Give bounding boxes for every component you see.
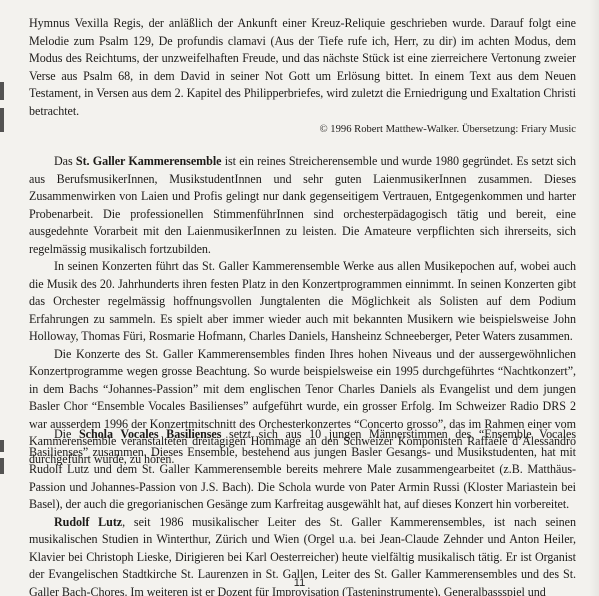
scan-edge-mark <box>0 108 4 132</box>
page-number: 11 <box>0 577 599 589</box>
scan-edge-mark <box>0 440 4 452</box>
page-gutter-shadow <box>589 0 599 596</box>
schola-paragraph-1: Die Schola Vocales Basilienses setzt sic… <box>29 426 576 514</box>
text-body: ist ein reines Streicherensemble und wur… <box>29 154 576 256</box>
intro-section: Hymnus Vexilla Regis, der anläßlich der … <box>29 15 576 137</box>
scan-edge-mark <box>0 82 4 100</box>
ensemble-paragraph-2: In seinen Konzerten führt das St. Galler… <box>29 258 576 346</box>
text-lead: Das <box>54 154 76 168</box>
ensemble-paragraph-1: Das St. Galler Kammerensemble ist ein re… <box>29 153 576 258</box>
text-lead: Die <box>54 427 79 441</box>
ensemble-section: Das St. Galler Kammerensemble ist ein re… <box>29 153 576 468</box>
conductor-name: Rudolf Lutz <box>54 515 122 529</box>
schola-section: Die Schola Vocales Basilienses setzt sic… <box>29 426 576 596</box>
schola-name: Schola Vocales Basilienses <box>79 427 221 441</box>
copyright-credit: © 1996 Robert Matthew-Walker. Übersetzun… <box>29 122 576 137</box>
ensemble-name: St. Galler Kammerensemble <box>76 154 222 168</box>
intro-paragraph: Hymnus Vexilla Regis, der anläßlich der … <box>29 15 576 120</box>
scan-edge-mark <box>0 458 4 474</box>
